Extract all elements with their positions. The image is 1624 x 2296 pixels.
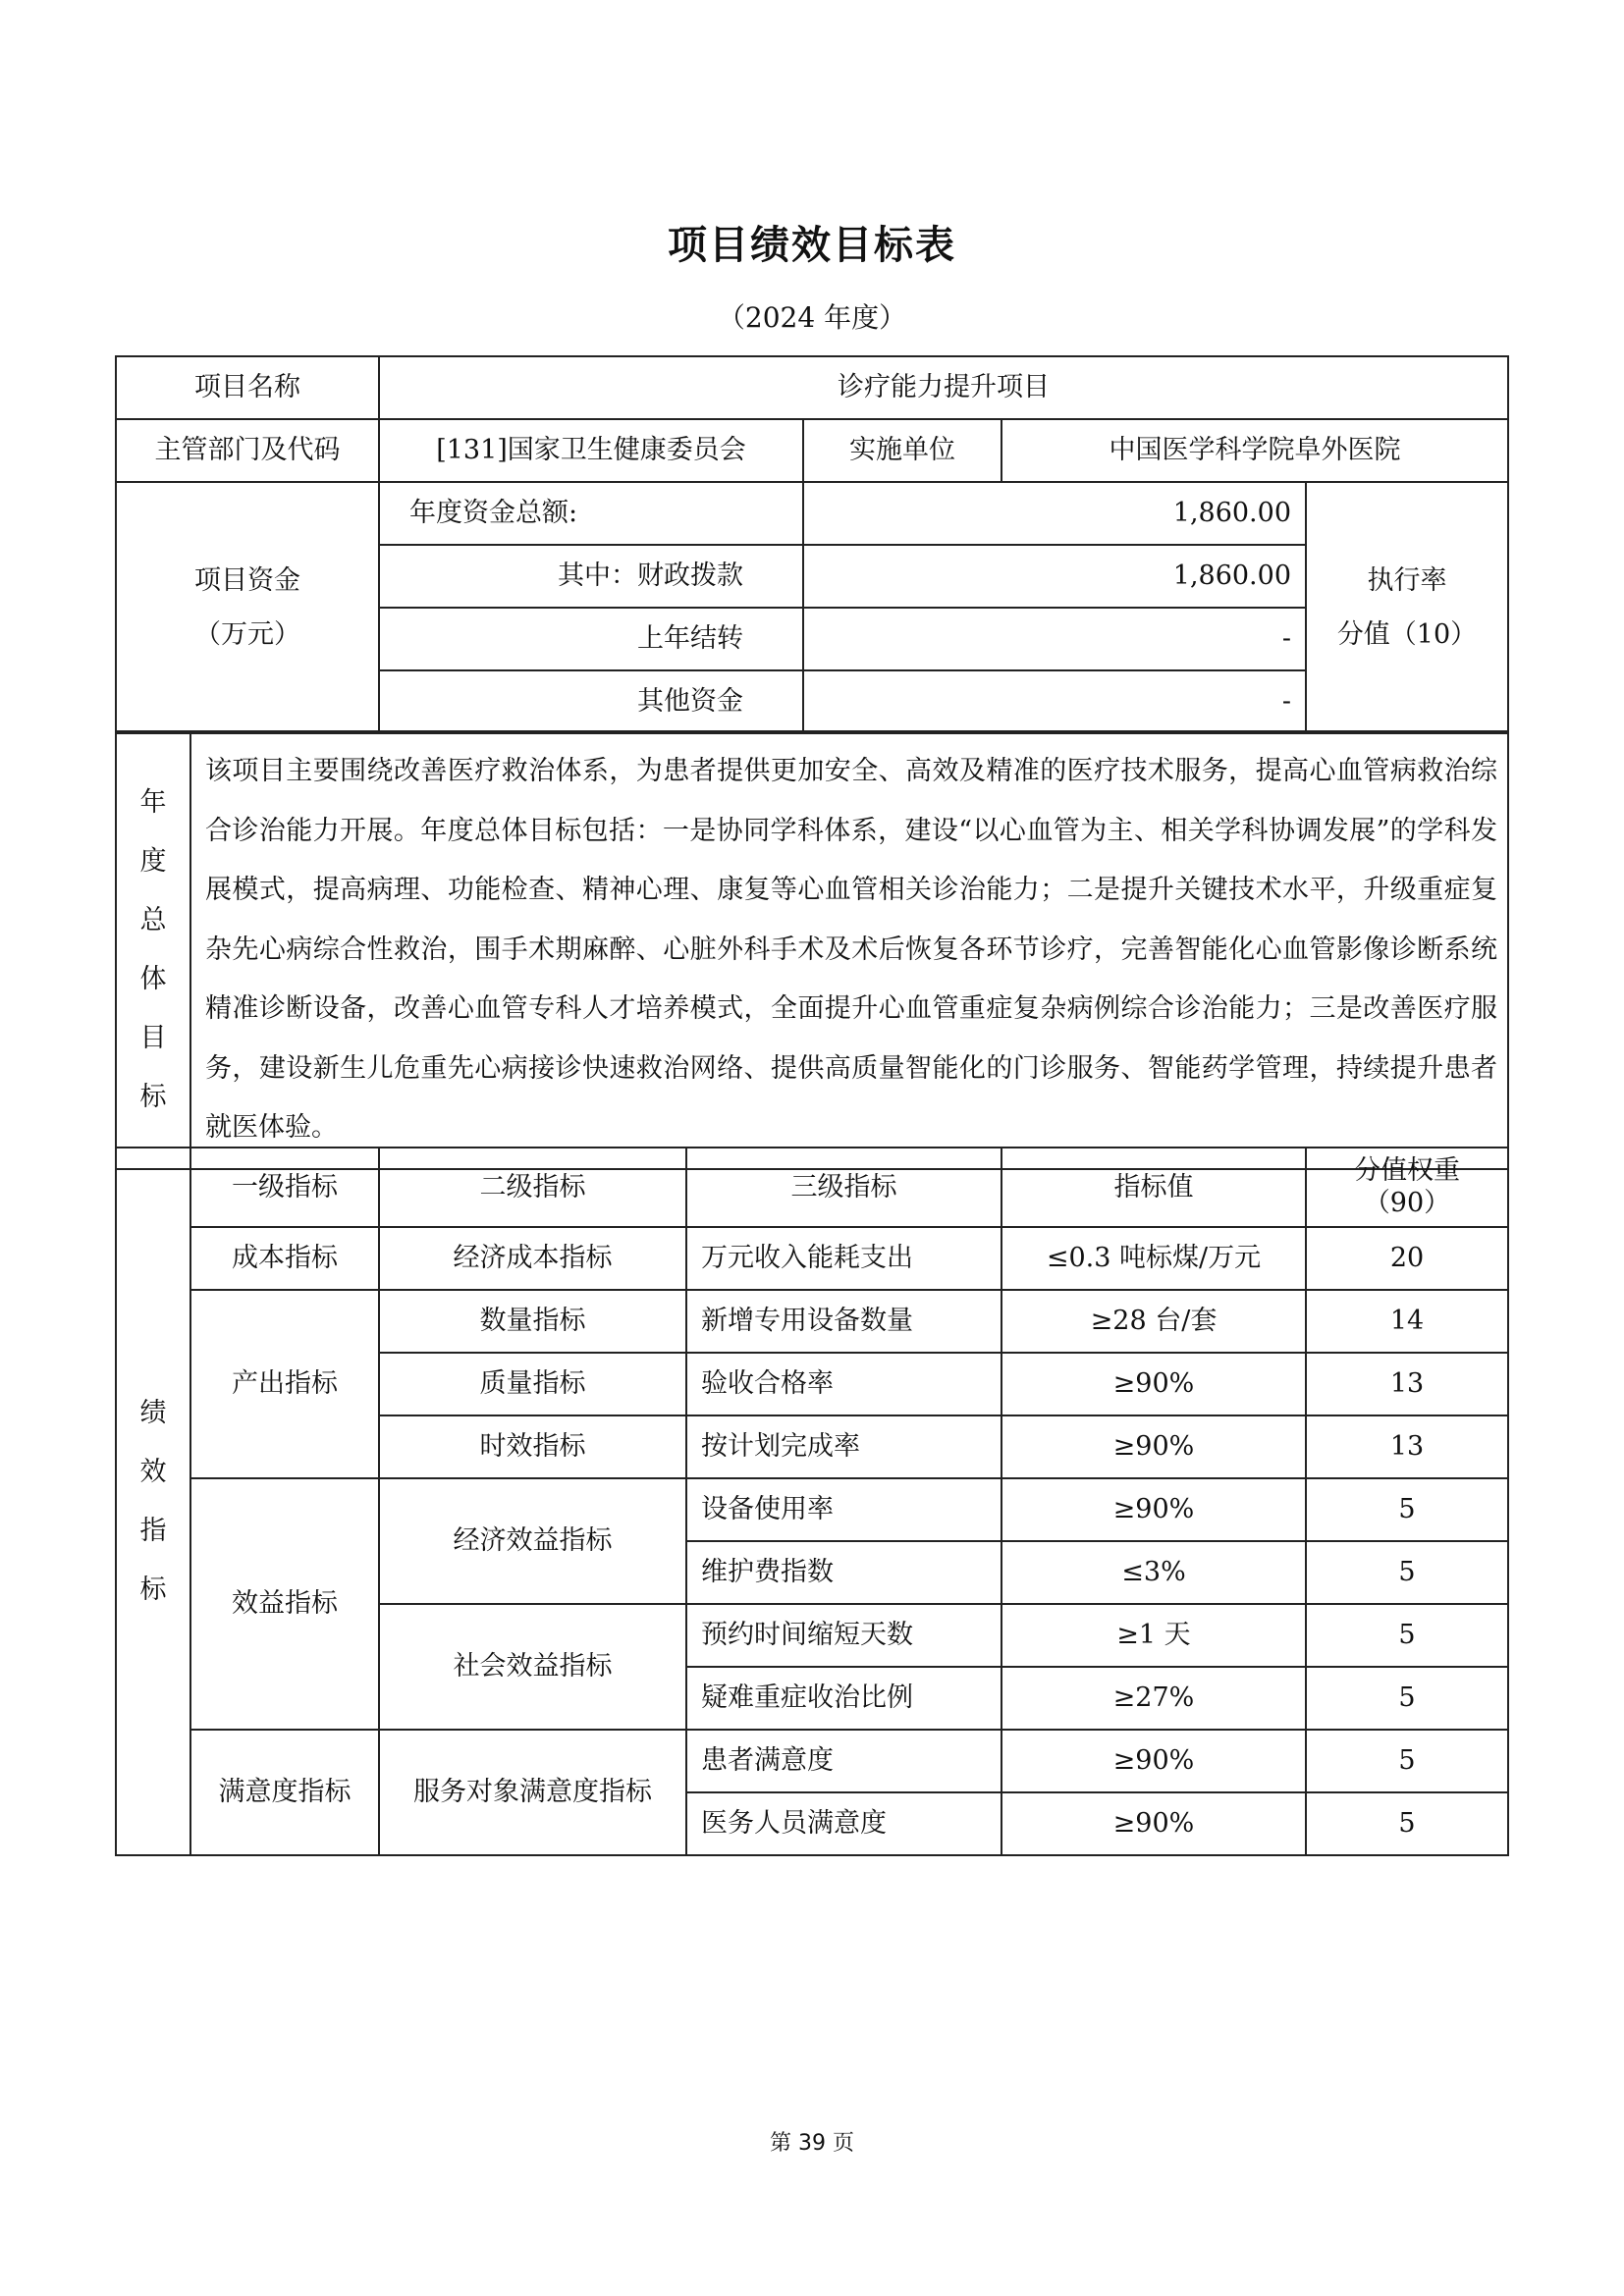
indicator-weight: 14 [1306, 1290, 1508, 1353]
exec-rate-line2: 分值（10） [1315, 617, 1499, 652]
table-row: 成本指标 经济成本指标 万元收入能耗支出 ≤0.3 吨标煤/万元 20 [116, 1227, 1508, 1290]
project-name-row: 项目名称 诊疗能力提升项目 [116, 356, 1508, 419]
indicator-value: ≤3% [1001, 1541, 1306, 1604]
header-level1: 一级指标 [190, 1148, 379, 1227]
annual-goal-row: 年 度 总 体 目 标 该项目主要围绕改善医疗救治体系，为患者提供更加安全、高效… [116, 731, 1508, 1169]
funds-row: 项目资金 （万元） 年度资金总额: 1,860.00 执行率 分值（10） [116, 482, 1508, 545]
subgroup-econ-cost: 经济成本指标 [379, 1227, 686, 1290]
funds-carryover-value: - [803, 608, 1306, 670]
funds-carryover-label: 上年结转 [379, 608, 803, 670]
subgroup-econ-benefit: 经济效益指标 [379, 1478, 686, 1604]
indicator-weight: 5 [1306, 1667, 1508, 1730]
funds-other-label: 其他资金 [379, 670, 803, 733]
group-output: 产出指标 [190, 1290, 379, 1478]
document-title: 项目绩效目标表 [0, 214, 1624, 270]
dept-row: 主管部门及代码 [131]国家卫生健康委员会 实施单位 中国医学科学院阜外医院 [116, 419, 1508, 482]
subgroup-social-benefit: 社会效益指标 [379, 1604, 686, 1730]
indicator-value: ≥27% [1001, 1667, 1306, 1730]
group-cost: 成本指标 [190, 1227, 379, 1290]
unit-value: 中国医学科学院阜外医院 [1001, 419, 1508, 482]
subgroup-quantity: 数量指标 [379, 1290, 686, 1353]
project-info-table: 项目名称 诊疗能力提升项目 主管部门及代码 [131]国家卫生健康委员会 实施单… [115, 355, 1509, 734]
funds-label: 项目资金 （万元） [116, 482, 379, 733]
indicator-name: 患者满意度 [686, 1730, 1001, 1792]
indicator-weight: 13 [1306, 1415, 1508, 1478]
annual-goal-text: 该项目主要围绕改善医疗救治体系，为患者提供更加安全、高效及精准的医疗技术服务，提… [190, 731, 1508, 1169]
funds-fiscal-label: 其中：财政拨款 [379, 545, 803, 608]
indicator-value: ≥90% [1001, 1730, 1306, 1792]
indicator-name: 新增专用设备数量 [686, 1290, 1001, 1353]
indicator-weight: 5 [1306, 1792, 1508, 1855]
indicator-value: ≥90% [1001, 1415, 1306, 1478]
indicator-value: ≥90% [1001, 1792, 1306, 1855]
funds-total-value: 1,860.00 [803, 482, 1306, 545]
exec-rate-cell: 执行率 分值（10） [1306, 482, 1508, 733]
page-number: 第 39 页 [0, 2126, 1624, 2157]
group-benefit: 效益指标 [190, 1478, 379, 1730]
header-weight: 分值权重 （90） [1306, 1148, 1508, 1227]
indicator-name: 维护费指数 [686, 1541, 1001, 1604]
indicator-value: ≥28 台/套 [1001, 1290, 1306, 1353]
indicator-name: 医务人员满意度 [686, 1792, 1001, 1855]
indicator-value: ≥1 天 [1001, 1604, 1306, 1667]
indicator-value: ≥90% [1001, 1478, 1306, 1541]
indicator-name: 设备使用率 [686, 1478, 1001, 1541]
annual-goal-label: 年 度 总 体 目 标 [116, 731, 190, 1169]
header-value: 指标值 [1001, 1148, 1306, 1227]
indicator-weight: 5 [1306, 1541, 1508, 1604]
project-name-value: 诊疗能力提升项目 [379, 356, 1508, 419]
dept-value: [131]国家卫生健康委员会 [379, 419, 803, 482]
project-name-label: 项目名称 [116, 356, 379, 419]
indicator-weight: 13 [1306, 1353, 1508, 1415]
group-satisfaction: 满意度指标 [190, 1730, 379, 1855]
table-row: 效益指标 经济效益指标 设备使用率 ≥90% 5 [116, 1478, 1508, 1541]
indicator-name: 万元收入能耗支出 [686, 1227, 1001, 1290]
indicator-weight: 5 [1306, 1730, 1508, 1792]
funds-label-line2: （万元） [125, 617, 370, 652]
indicator-weight: 5 [1306, 1478, 1508, 1541]
indicator-name: 预约时间缩短天数 [686, 1604, 1001, 1667]
subgroup-quality: 质量指标 [379, 1353, 686, 1415]
indicators-label: 绩 效 指 标 [116, 1148, 190, 1855]
funds-other-value: - [803, 670, 1306, 733]
indicator-name: 疑难重症收治比例 [686, 1667, 1001, 1730]
subgroup-timeliness: 时效指标 [379, 1415, 686, 1478]
funds-total-label: 年度资金总额: [379, 482, 803, 545]
table-row: 产出指标 数量指标 新增专用设备数量 ≥28 台/套 14 [116, 1290, 1508, 1353]
funds-fiscal-value: 1,860.00 [803, 545, 1306, 608]
indicator-header-row: 绩 效 指 标 一级指标 二级指标 三级指标 指标值 分值权重 （90） [116, 1148, 1508, 1227]
performance-indicators-table: 绩 效 指 标 一级指标 二级指标 三级指标 指标值 分值权重 （90） 成本指… [115, 1147, 1509, 1856]
exec-rate-line1: 执行率 [1315, 563, 1499, 598]
dept-label: 主管部门及代码 [116, 419, 379, 482]
table-row: 满意度指标 服务对象满意度指标 患者满意度 ≥90% 5 [116, 1730, 1508, 1792]
unit-label: 实施单位 [803, 419, 1001, 482]
indicator-value: ≥90% [1001, 1353, 1306, 1415]
annual-goal-table: 年 度 总 体 目 标 该项目主要围绕改善医疗救治体系，为患者提供更加安全、高效… [115, 730, 1509, 1170]
indicator-weight: 20 [1306, 1227, 1508, 1290]
indicator-name: 验收合格率 [686, 1353, 1001, 1415]
funds-label-line1: 项目资金 [125, 563, 370, 598]
header-level3: 三级指标 [686, 1148, 1001, 1227]
header-level2: 二级指标 [379, 1148, 686, 1227]
indicator-name: 按计划完成率 [686, 1415, 1001, 1478]
indicator-weight: 5 [1306, 1604, 1508, 1667]
indicator-value: ≤0.3 吨标煤/万元 [1001, 1227, 1306, 1290]
document-subtitle: （2024 年度） [0, 296, 1624, 336]
subgroup-service-satisfaction: 服务对象满意度指标 [379, 1730, 686, 1855]
